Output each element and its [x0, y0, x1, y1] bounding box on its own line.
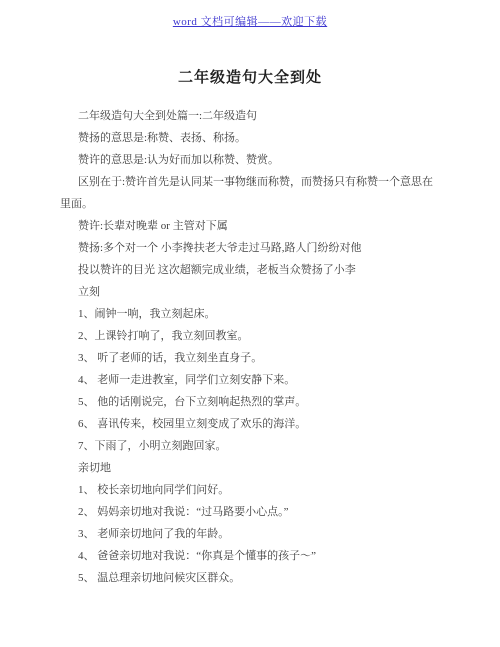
list-item: 6、 喜讯传来，校园里立刻变成了欢乐的海洋。 [60, 413, 440, 435]
doc-paragraph: 区别在于:赞许首先是认同某一事物继而称赞，而赞扬只有称赞一个意思在里面。 [60, 171, 440, 215]
list-item: 5、 温总理亲切地问候灾区群众。 [60, 567, 440, 589]
list-item: 1、闹钟一响，我立刻起床。 [60, 303, 440, 325]
page-title: 二年级造句大全到处 [0, 66, 500, 87]
list-item: 4、 老师一走进教室，同学们立刻安静下来。 [60, 369, 440, 391]
doc-paragraph: 投以赞许的目光 这次超额完成业绩，老板当众赞扬了小李 [60, 259, 440, 281]
list-item: 3、 听了老师的话，我立刻坐直身子。 [60, 347, 440, 369]
section-word-kindly: 亲切地 [60, 457, 440, 479]
list-item: 1、 校长亲切地向同学们问好。 [60, 479, 440, 501]
doc-paragraph: 赞许的意思是:认为好而加以称赞、赞赏。 [60, 149, 440, 171]
word-document-page: word 文档可编辑——欢迎下载 二年级造句大全到处 二年级造句大全到处篇一:二… [0, 0, 500, 647]
document-body: 二年级造句大全到处篇一:二年级造句 赞扬的意思是:称赞、表扬、称扬。 赞许的意思… [60, 105, 440, 589]
document-header: word 文档可编辑——欢迎下载 [0, 0, 500, 30]
list-item: 4、 爸爸亲切地对我说：“你真是个懂事的孩子～” [60, 545, 440, 567]
doc-paragraph: 赞扬:多个对一个 小李搀扶老大爷走过马路,路人门纷纷对他 [60, 237, 440, 259]
list-item: 7、下雨了，小明立刻跑回家。 [60, 435, 440, 457]
doc-paragraph: 二年级造句大全到处篇一:二年级造句 [60, 105, 440, 127]
list-item: 3、 老师亲切地问了我的年龄。 [60, 523, 440, 545]
list-item: 5、 他的话刚说完，台下立刻响起热烈的掌声。 [60, 391, 440, 413]
doc-paragraph: 赞扬的意思是:称赞、表扬、称扬。 [60, 127, 440, 149]
list-item: 2、上课铃打响了，我立刻回教室。 [60, 325, 440, 347]
doc-paragraph: 赞许:长辈对晚辈 or 主管对下属 [60, 215, 440, 237]
download-link[interactable]: word 文档可编辑——欢迎下载 [173, 16, 327, 28]
section-word-like: 立刻 [60, 281, 440, 303]
list-item: 2、 妈妈亲切地对我说：“过马路要小心点。” [60, 501, 440, 523]
